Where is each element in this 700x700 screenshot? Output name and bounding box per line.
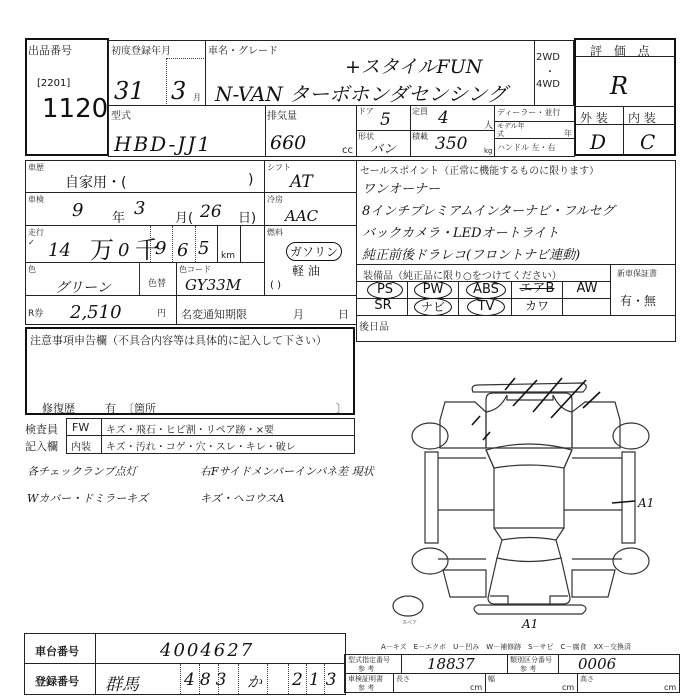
history-label: 車歴: [28, 162, 44, 173]
color: グリーン: [55, 277, 111, 297]
first-registration-label: 初度登録年月: [111, 42, 171, 57]
damage-mark-right: A1: [637, 496, 654, 510]
mileage-sen: 0: [118, 240, 129, 261]
equip-tv: TV: [467, 298, 505, 316]
recycle-label: R券: [28, 306, 43, 319]
divider: [166, 58, 167, 106]
interior-label-row: 内装: [71, 438, 91, 453]
registration-class: 483: [184, 670, 231, 690]
fuel-other: ( ): [270, 280, 281, 291]
color-code-label: 色コード: [179, 264, 211, 275]
width-label: 幅: [488, 674, 495, 684]
dealer-label: ディーラー・並行: [497, 107, 560, 118]
divider: [139, 263, 140, 296]
inspection-label: 車検: [28, 194, 44, 205]
fuel-label: 燃料: [267, 227, 283, 238]
registration-label: 登録番号: [35, 673, 79, 689]
divider: [576, 106, 674, 107]
model-code: HBD-JJ1: [114, 132, 212, 156]
model-code-label: 型式: [111, 107, 131, 122]
divider: [150, 226, 151, 262]
divider: [576, 124, 674, 125]
later-items-box: [356, 315, 676, 342]
chassis-label: 車台番号: [35, 643, 79, 659]
height-unit: cm: [664, 683, 676, 692]
repair-value: 有: [105, 400, 116, 416]
divider: [558, 654, 559, 674]
model-year-label: モデル年式: [497, 122, 527, 138]
divider: [240, 226, 241, 262]
equip-sr: SR: [360, 298, 406, 314]
day-unit: 日): [238, 207, 256, 226]
interior-items: キズ・汚れ・コゲ・穴・スレ・キレ・破レ: [106, 438, 296, 453]
month-unit: 月: [193, 92, 201, 103]
lot-label: 出品番号: [28, 42, 72, 58]
divider: [195, 226, 196, 262]
drive-2wd: 2WD: [536, 52, 560, 63]
fw-label: FW: [72, 421, 89, 434]
spare-label: スペア: [402, 620, 417, 626]
equip-pw: PW: [414, 281, 452, 299]
damage-mark-rear: A1: [521, 617, 538, 630]
divider: [172, 226, 173, 262]
history-close: ): [248, 172, 253, 188]
divider: [288, 664, 289, 694]
doors: 5: [380, 110, 391, 130]
year-unit: 年: [112, 207, 125, 226]
body: バン: [370, 138, 396, 157]
car-name-label: 車名・グレード: [208, 42, 278, 57]
registration-kana: か: [247, 671, 262, 692]
drive-dot: ・: [545, 63, 555, 78]
load-unit: kg: [484, 147, 493, 155]
equip-abs: ABS: [466, 281, 506, 299]
damage-legend: A－キズ E－エクボ U－凹み W－補修跡 S－サビ C－腐食 XX－交換済: [381, 642, 631, 652]
comment-2: 右Fサイドメンバーインパネ差 現状: [200, 463, 374, 479]
divider: [401, 654, 402, 674]
divider: [623, 106, 624, 154]
history-value: 自家用・(: [65, 172, 126, 192]
handle-label: ハンドル 左・右: [497, 142, 556, 153]
name-change-day: 日: [338, 306, 349, 322]
length-label: 長さ: [396, 674, 410, 684]
divider: [458, 281, 459, 315]
color-change-label: 色替: [148, 276, 166, 289]
comment-3: Wカバー・ドミラーキズ: [27, 490, 148, 506]
recycle-amount: 2,510: [70, 302, 122, 323]
divider: [166, 58, 206, 59]
capacity: 4: [438, 108, 449, 128]
capacity-label: 定員: [412, 106, 428, 117]
first-reg-year: 31: [114, 77, 145, 105]
divider: [324, 664, 325, 694]
divider: [393, 673, 394, 693]
sales-point-4: 純正前後ドラレコ(フロントナビ連動): [362, 244, 580, 263]
lot-number: 1120: [42, 94, 108, 124]
divider: [267, 664, 268, 694]
displacement: 660: [270, 132, 306, 154]
repair-label: 修復歴: [42, 400, 75, 416]
yen-unit: 円: [157, 306, 166, 319]
equip-airbag: エアB: [514, 281, 560, 297]
equip-ps: PS: [367, 281, 403, 299]
sales-points-label: セールスポイント（正常に機能するものに限ります）: [360, 162, 599, 177]
color-code: GY33M: [185, 276, 241, 294]
height-label: 高さ: [580, 674, 594, 684]
grade: +スタイルFUN: [345, 52, 482, 79]
doors-label: ドア: [358, 106, 374, 117]
registration-region: 群馬: [105, 670, 139, 695]
mileage-digit-hundreds: 9: [155, 238, 166, 259]
shift: AT: [290, 172, 313, 192]
warranty-label: 新車保証書: [617, 268, 657, 279]
interior-grade: C: [640, 130, 655, 154]
type-cert-number: 18837: [427, 655, 475, 673]
width-unit: cm: [562, 683, 574, 692]
fuel-gasoline: ガソリン: [286, 242, 342, 261]
divider: [199, 664, 200, 694]
inspection-day-prefix: 月(: [175, 207, 193, 226]
mileage-label: 走行: [28, 227, 44, 238]
divider: [101, 418, 102, 454]
drive-4wd: 4WD: [536, 79, 560, 90]
certificate-box: [344, 673, 680, 693]
history-box: [25, 160, 265, 193]
divider: [217, 226, 218, 262]
mileage-man: 14: [48, 240, 71, 261]
mileage-unit: km: [221, 251, 235, 261]
divider: [306, 664, 307, 694]
name-change-label: 名変通知期限: [181, 306, 247, 322]
divider: [180, 664, 181, 694]
sales-point-2: 8インチプレミアムインターナビ・フルセグ: [362, 200, 615, 219]
comment-4: キズ・ヘコウスA: [200, 490, 284, 506]
ac-label: 冷房: [267, 194, 283, 205]
inspector-label-1: 検査員: [25, 421, 58, 437]
later-items-label: 後日品: [359, 318, 389, 333]
inspection-day: 26: [200, 202, 222, 222]
divider: [218, 664, 219, 694]
name-change-month: 月: [293, 306, 304, 322]
repair-bracket-open: 〔箇所: [123, 400, 156, 416]
registration-number: 213: [292, 670, 342, 690]
divider: [562, 281, 563, 315]
inspector-label-2: 記入欄: [25, 438, 58, 454]
divider: [507, 654, 508, 674]
mileage-digit-ones: 5: [198, 238, 209, 259]
equip-aw: AW: [565, 281, 609, 297]
inspection-month: 3: [134, 198, 145, 219]
fw-items: キズ・飛石・ヒビ割・リペア跡・×要: [106, 421, 274, 436]
load: 350: [435, 134, 467, 154]
overall-score: R: [610, 72, 628, 100]
chassis-number: 4004627: [160, 640, 254, 661]
ac: AAC: [285, 207, 318, 225]
notes-label: 注意事項申告欄（不具合内容等は具体的に記入して下さい）: [30, 332, 327, 348]
divider: [610, 265, 611, 315]
exterior-grade: D: [590, 130, 606, 154]
displacement-label: 排気量: [267, 107, 297, 122]
displacement-unit: cc: [342, 145, 353, 156]
mileage-digit-tens: 6: [177, 240, 188, 261]
shift-label: シフト: [267, 162, 291, 173]
fuel-diesel: 軽 油: [292, 262, 320, 279]
equipment-label: 装備品（純正品に限り○をつけてください）: [363, 267, 562, 282]
length-unit: cm: [470, 683, 482, 692]
car-damage-diagram: A1 A1 スペア: [350, 340, 700, 630]
car-name: N-VAN ターボホンダセンシング: [215, 78, 507, 107]
warranty-value: 有・無: [620, 292, 656, 309]
lot-prefix: [2201]: [37, 78, 70, 89]
mileage-check: ✓: [28, 238, 35, 247]
equip-navi: ナビ: [414, 298, 452, 316]
divider: [485, 673, 486, 693]
repair-bracket-close: 〕: [336, 400, 347, 416]
equip-leather: カワ: [514, 298, 560, 314]
divider: [511, 281, 512, 315]
man-unit: 万: [90, 230, 114, 265]
category-number: 0006: [578, 655, 616, 673]
sales-point-1: ワンオーナー: [362, 178, 440, 197]
sales-point-3: バックカメラ・LEDオートライト: [362, 222, 559, 241]
first-reg-month: 3: [171, 77, 186, 105]
load-label: 積載: [412, 131, 428, 142]
divider: [577, 673, 578, 693]
divider: [576, 56, 674, 57]
divider: [238, 664, 239, 694]
color-label: 色: [28, 264, 36, 275]
certificate-sub: 参 考: [358, 683, 374, 693]
divider: [407, 281, 408, 315]
inspection-year: 9: [72, 200, 83, 221]
comment-1: 各チェックランプ点灯: [27, 463, 137, 479]
